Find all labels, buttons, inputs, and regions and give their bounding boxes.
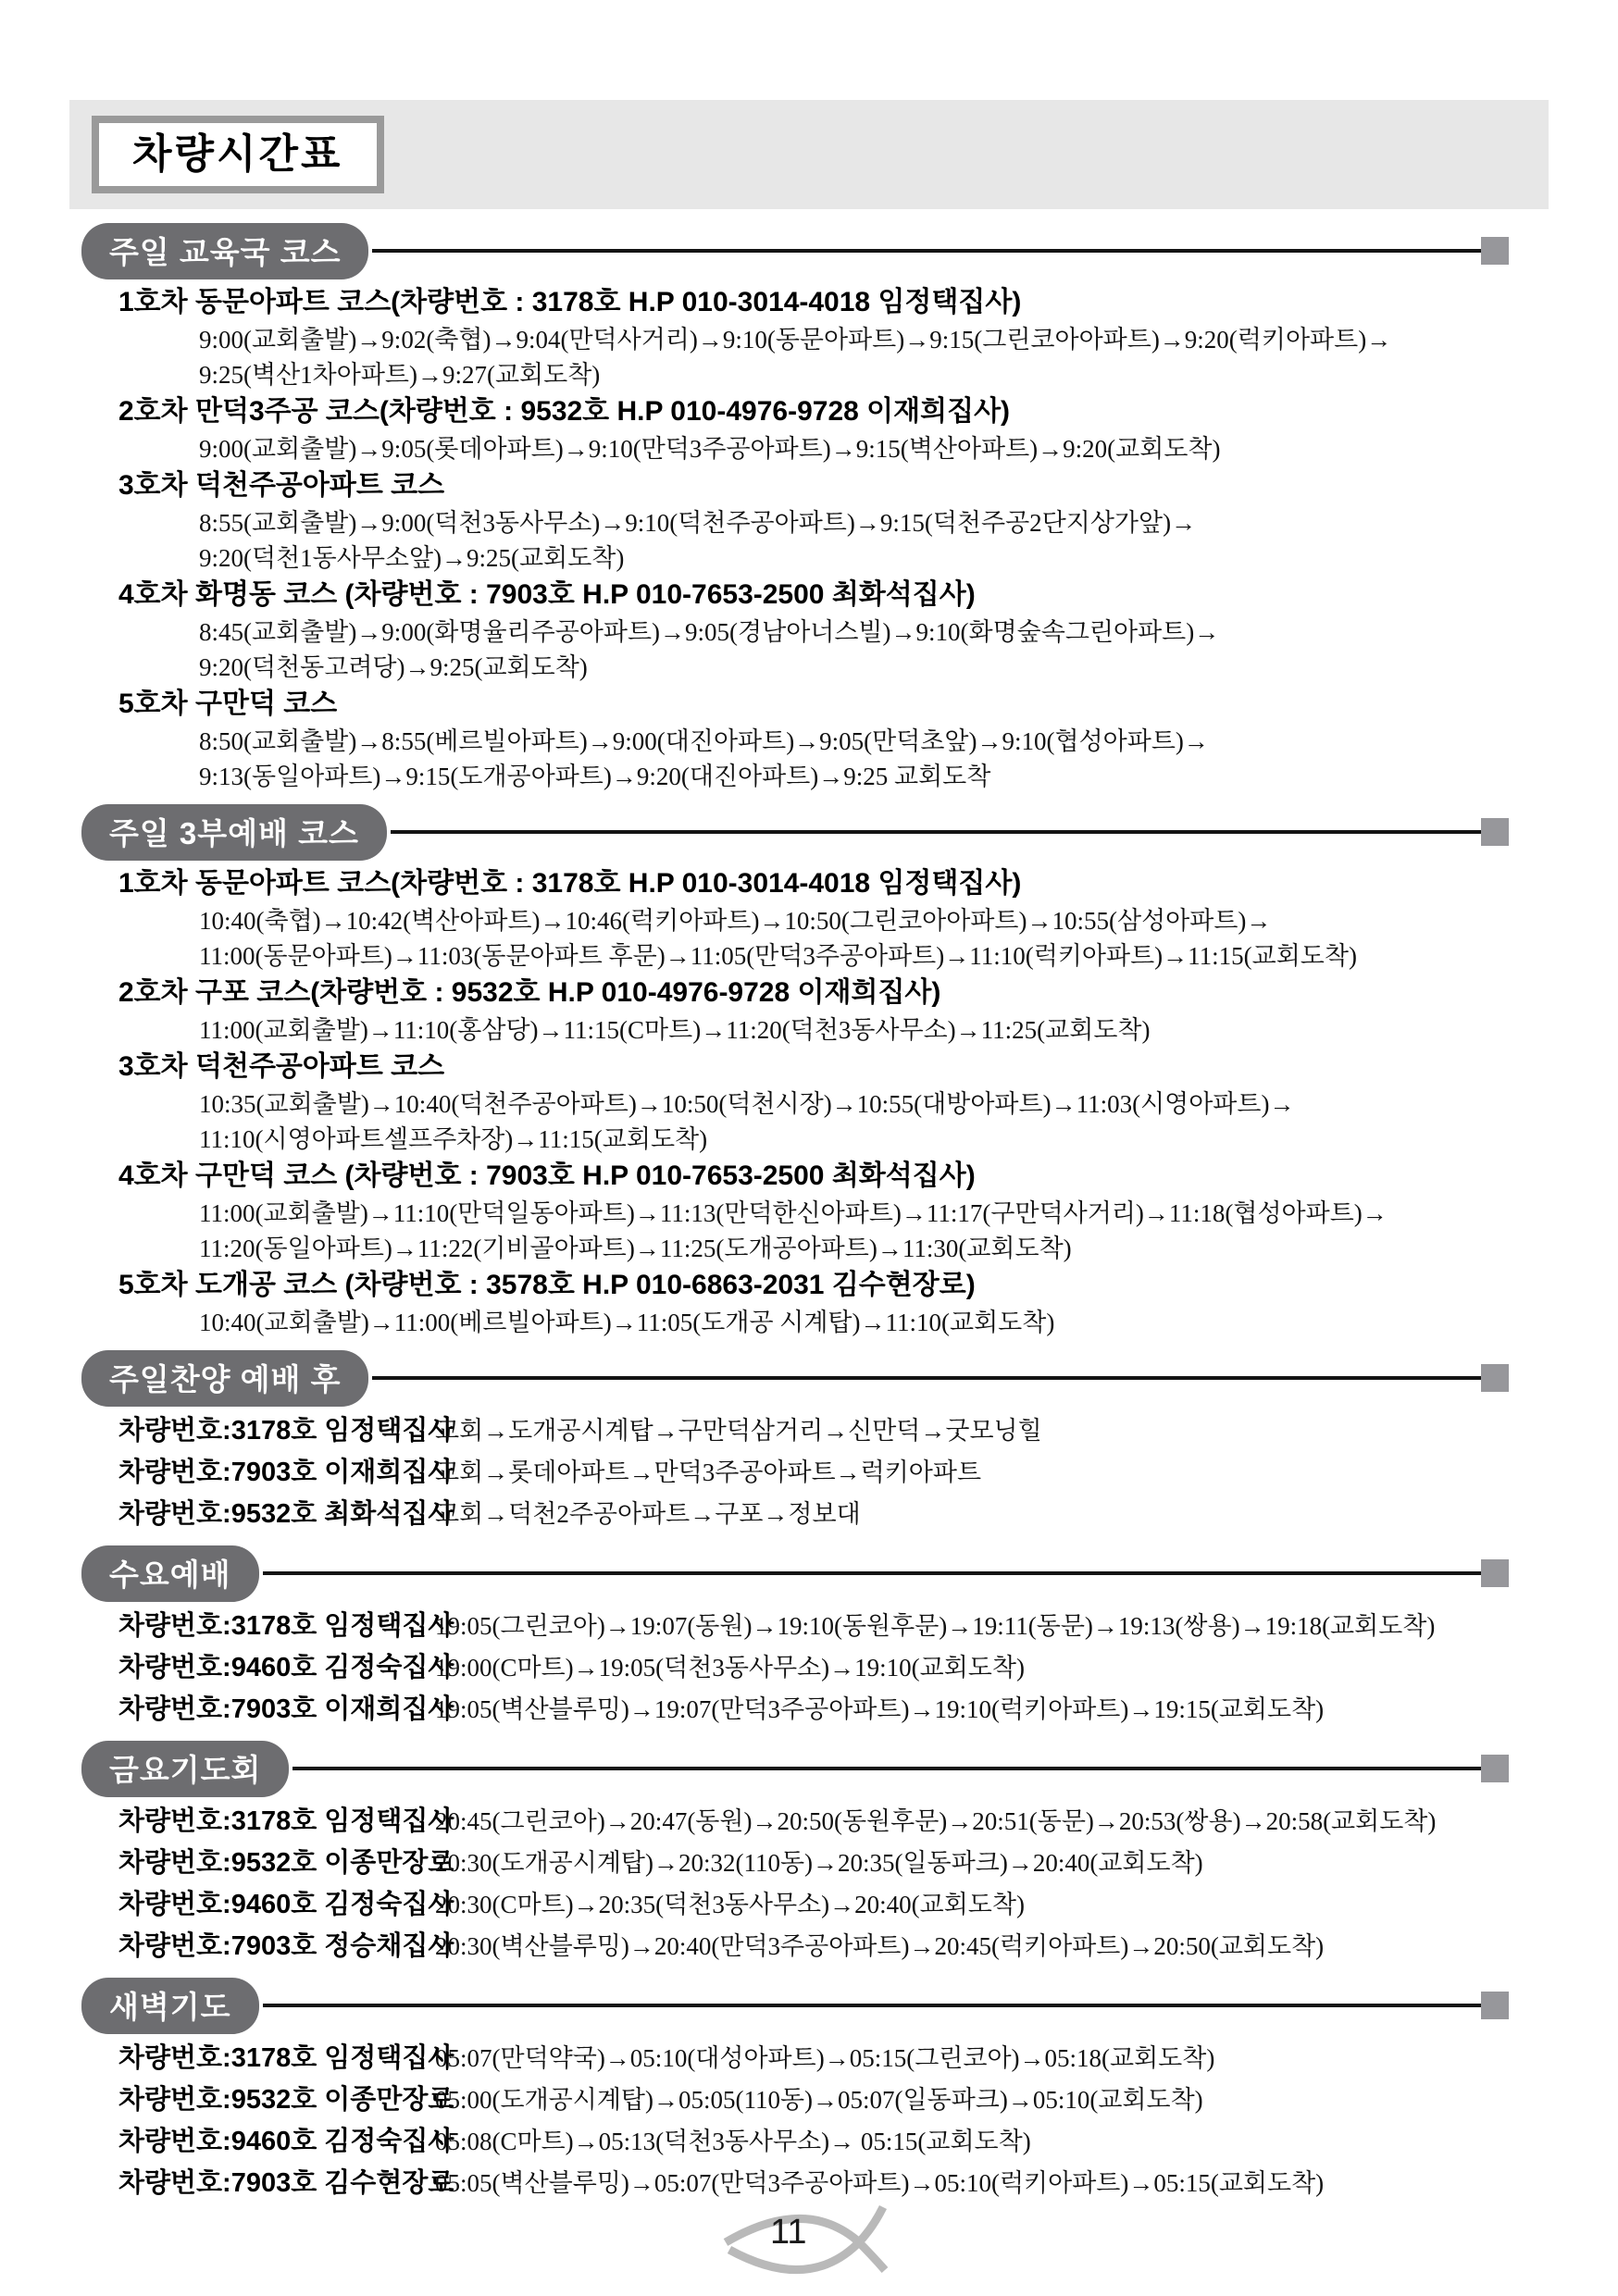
vehicle-label: 차량번호:9460호 김정숙집사 <box>81 2121 435 2163</box>
route-line: 11:20(동일아파트)→11:22(기비골아파트)→11:25(도개공아파트)… <box>81 1231 1537 1266</box>
vehicle-row: 차량번호:9532호 이종만장로 05:00(도개공시계탑)→05:05(110… <box>81 2079 1537 2121</box>
course-title: 3호차 덕천주공아파트 코스 <box>81 466 1537 505</box>
section-header: 수요예배 <box>81 1546 1537 1600</box>
section-header: 주일 3부예배 코스 <box>81 805 1537 859</box>
route-line: 11:00(교회출발)→11:10(홍삼당)→11:15(C마트)→11:20(… <box>81 1012 1537 1048</box>
section-heading-pill: 주일 3부예배 코스 <box>81 804 387 861</box>
vehicle-row: 차량번호:7903호 이재희집사 19:05(벽산블루밍)→19:07(만덕3주… <box>81 1689 1537 1731</box>
section-header: 주일 교육국 코스 <box>81 224 1537 278</box>
route-line: 11:00(교회출발)→11:10(만덕일동아파트)→11:13(만덕한신아파트… <box>81 1196 1537 1231</box>
course-title: 4호차 구만덕 코스 (차량번호 : 7903호 H.P 010-7653-25… <box>81 1157 1537 1196</box>
vehicle-row: 차량번호:9532호 이종만장로 20:30(도개공시계탑)→20:32(110… <box>81 1843 1537 1884</box>
page-title: 차량시간표 <box>132 131 343 177</box>
course-block: 2호차 구포 코스(차량번호 : 9532호 H.P 010-4976-9728… <box>81 974 1537 1048</box>
course-block: 5호차 구만덕 코스 8:50(교회출발)→8:55(베르빌아파트)→9:00(… <box>81 685 1537 794</box>
section-end-square <box>1481 1364 1509 1392</box>
route-line: 11:00(동문아파트)→11:03(동문아파트 후문)→11:05(만덕3주공… <box>81 938 1537 974</box>
vehicle-row: 차량번호:3178호 임정택집사 19:05(그린코아)→19:07(동원)→1… <box>81 1606 1537 1647</box>
vehicle-label: 차량번호:3178호 임정택집사 <box>81 1410 435 1452</box>
section-end-square <box>1481 237 1509 265</box>
section-friday-prayer-meeting: 금요기도회 차량번호:3178호 임정택집사 20:45(그린코아)→20:47… <box>81 1742 1537 1967</box>
route-line: 9:00(교회출발)→9:05(롯데아파트)→9:10(만덕3주공아파트)→9:… <box>81 431 1537 466</box>
section-after-sunday-praise-service: 주일찬양 예배 후 차량번호:3178호 임정택집사 교회→도개공시계탑→구만덕… <box>81 1351 1537 1535</box>
section-header: 금요기도회 <box>81 1742 1537 1795</box>
vehicle-route: 20:30(벽산블루밍)→20:40(만덕3주공아파트)→20:45(럭키아파트… <box>435 1926 1537 1967</box>
document-page: 차량시간표 주일 교육국 코스 1호차 동문아파트 코스(차량번호 : 3178… <box>0 0 1618 2296</box>
vehicle-row: 차량번호:9460호 김정숙집사 05:08(C마트)→05:13(덕천3동사무… <box>81 2121 1537 2163</box>
section-end-square <box>1481 1992 1509 2019</box>
section-wednesday-service: 수요예배 차량번호:3178호 임정택집사 19:05(그린코아)→19:07(… <box>81 1546 1537 1731</box>
vehicle-row: 차량번호:3178호 임정택집사 20:45(그린코아)→20:47(동원)→2… <box>81 1801 1537 1843</box>
vehicle-label: 차량번호:9460호 김정숙집사 <box>81 1884 435 1926</box>
route-line: 9:25(벽산1차아파트)→9:27(교회도착) <box>81 357 1537 392</box>
vehicle-route: 20:45(그린코아)→20:47(동원)→20:50(동원후문)→20:51(… <box>435 1801 1537 1843</box>
course-block: 4호차 구만덕 코스 (차량번호 : 7903호 H.P 010-7653-25… <box>81 1157 1537 1266</box>
section-heading-pill: 새벽기도 <box>81 1978 259 2034</box>
course-title: 4호차 화명동 코스 (차량번호 : 7903호 H.P 010-7653-25… <box>81 576 1537 614</box>
route-line: 10:35(교회출발)→10:40(덕천주공아파트)→10:50(덕천시장)→1… <box>81 1086 1537 1122</box>
vehicle-label: 차량번호:3178호 임정택집사 <box>81 1801 435 1843</box>
route-line: 8:55(교회출발)→9:00(덕천3동사무소)→9:10(덕천주공아파트)→9… <box>81 505 1537 540</box>
page-footer: 11 <box>0 2196 1618 2281</box>
course-title: 5호차 구만덕 코스 <box>81 685 1537 724</box>
vehicle-row: 차량번호:7903호 정승채집사 20:30(벽산블루밍)→20:40(만덕3주… <box>81 1926 1537 1967</box>
vehicle-route: 05:07(만덕약국)→05:10(대성아파트)→05:15(그린코아)→05:… <box>435 2038 1537 2079</box>
section-header: 새벽기도 <box>81 1979 1537 2032</box>
route-line: 10:40(교회출발)→11:00(베르빌아파트)→11:05(도개공 시계탑)… <box>81 1305 1537 1340</box>
section-dawn-prayer: 새벽기도 차량번호:3178호 임정택집사 05:07(만덕약국)→05:10(… <box>81 1979 1537 2204</box>
route-line: 9:00(교회출발)→9:02(축협)→9:04(만덕사거리)→9:10(동문아… <box>81 322 1537 357</box>
route-line: 11:10(시영아파트셀프주차장)→11:15(교회도착) <box>81 1122 1537 1157</box>
vehicle-route: 19:00(C마트)→19:05(덕천3동사무소)→19:10(교회도착) <box>435 1647 1537 1689</box>
page-number: 11 <box>770 2213 806 2253</box>
vehicle-label: 차량번호:7903호 이재희집사 <box>81 1689 435 1731</box>
vehicle-route: 교회→롯데아파트→만덕3주공아파트→럭키아파트 <box>435 1452 1537 1494</box>
route-line: 9:13(동일아파트)→9:15(도개공아파트)→9:20(대진아파트)→9:2… <box>81 759 1537 794</box>
vehicle-row: 차량번호:3178호 임정택집사 05:07(만덕약국)→05:10(대성아파트… <box>81 2038 1537 2079</box>
course-title: 1호차 동문아파트 코스(차량번호 : 3178호 H.P 010-3014-4… <box>81 283 1537 322</box>
section-heading-pill: 주일찬양 예배 후 <box>81 1350 368 1407</box>
course-title: 2호차 만덕3주공 코스(차량번호 : 9532호 H.P 010-4976-9… <box>81 392 1537 431</box>
section-end-square <box>1481 1755 1509 1782</box>
vehicle-route: 교회→도개공시계탑→구만덕삼거리→신만덕→굿모닝힐 <box>435 1410 1537 1452</box>
vehicle-route: 교회→덕천2주공아파트→구포→정보대 <box>435 1494 1537 1535</box>
route-line: 9:20(덕천동고려당)→9:25(교회도착) <box>81 650 1537 685</box>
vehicle-label: 차량번호:3178호 임정택집사 <box>81 1606 435 1647</box>
vehicle-route: 05:08(C마트)→05:13(덕천3동사무소)→ 05:15(교회도착) <box>435 2121 1537 2163</box>
course-block: 4호차 화명동 코스 (차량번호 : 7903호 H.P 010-7653-25… <box>81 576 1537 685</box>
vehicle-row: 차량번호:9460호 김정숙집사 20:30(C마트)→20:35(덕천3동사무… <box>81 1884 1537 1926</box>
fish-icon: 11 <box>716 2196 902 2281</box>
vehicle-label: 차량번호:9460호 김정숙집사 <box>81 1647 435 1689</box>
course-block: 2호차 만덕3주공 코스(차량번호 : 9532호 H.P 010-4976-9… <box>81 392 1537 466</box>
vehicle-route: 20:30(도개공시계탑)→20:32(110동)→20:35(일동파크)→20… <box>435 1843 1537 1884</box>
vehicle-route: 20:30(C마트)→20:35(덕천3동사무소)→20:40(교회도착) <box>435 1884 1537 1926</box>
route-line: 8:50(교회출발)→8:55(베르빌아파트)→9:00(대진아파트)→9:05… <box>81 724 1537 759</box>
course-title: 3호차 덕천주공아파트 코스 <box>81 1048 1537 1086</box>
section-sunday-3rd-service-course: 주일 3부예배 코스 1호차 동문아파트 코스(차량번호 : 3178호 H.P… <box>81 805 1537 1340</box>
course-block: 5호차 도개공 코스 (차량번호 : 3578호 H.P 010-6863-20… <box>81 1266 1537 1340</box>
section-rule-line <box>263 1571 1481 1575</box>
vehicle-label: 차량번호:9532호 이종만장로 <box>81 2079 435 2121</box>
course-title: 5호차 도개공 코스 (차량번호 : 3578호 H.P 010-6863-20… <box>81 1266 1537 1305</box>
course-title: 2호차 구포 코스(차량번호 : 9532호 H.P 010-4976-9728… <box>81 974 1537 1012</box>
course-block: 1호차 동문아파트 코스(차량번호 : 3178호 H.P 010-3014-4… <box>81 864 1537 974</box>
section-rule-line <box>372 1376 1481 1380</box>
vehicle-row: 차량번호:9532호 최화석집사 교회→덕천2주공아파트→구포→정보대 <box>81 1494 1537 1535</box>
vehicle-route: 05:00(도개공시계탑)→05:05(110동)→05:07(일동파크)→05… <box>435 2079 1537 2121</box>
section-end-square <box>1481 818 1509 846</box>
course-block: 3호차 덕천주공아파트 코스 10:35(교회출발)→10:40(덕천주공아파트… <box>81 1048 1537 1157</box>
vehicle-route: 19:05(벽산블루밍)→19:07(만덕3주공아파트)→19:10(럭키아파트… <box>435 1689 1537 1731</box>
vehicle-row: 차량번호:9460호 김정숙집사 19:00(C마트)→19:05(덕천3동사무… <box>81 1647 1537 1689</box>
page-title-box: 차량시간표 <box>92 116 384 194</box>
section-heading-pill: 금요기도회 <box>81 1741 289 1797</box>
section-header: 주일찬양 예배 후 <box>81 1351 1537 1405</box>
section-rule-line <box>292 1767 1481 1770</box>
vehicle-label: 차량번호:9532호 최화석집사 <box>81 1494 435 1535</box>
course-block: 1호차 동문아파트 코스(차량번호 : 3178호 H.P 010-3014-4… <box>81 283 1537 392</box>
course-block: 3호차 덕천주공아파트 코스 8:55(교회출발)→9:00(덕천3동사무소)→… <box>81 466 1537 576</box>
route-line: 8:45(교회출발)→9:00(화명율리주공아파트)→9:05(경남아너스빌)→… <box>81 614 1537 650</box>
section-rule-line <box>372 249 1481 253</box>
section-heading-pill: 주일 교육국 코스 <box>81 223 368 279</box>
section-rule-line <box>263 2004 1481 2007</box>
route-line: 9:20(덕천1동사무소앞)→9:25(교회도착) <box>81 540 1537 576</box>
vehicle-label: 차량번호:9532호 이종만장로 <box>81 1843 435 1884</box>
vehicle-label: 차량번호:7903호 정승채집사 <box>81 1926 435 1967</box>
section-sunday-education-course: 주일 교육국 코스 1호차 동문아파트 코스(차량번호 : 3178호 H.P … <box>81 224 1537 794</box>
vehicle-route: 19:05(그린코아)→19:07(동원)→19:10(동원후문)→19:11(… <box>435 1606 1537 1647</box>
vehicle-row: 차량번호:7903호 이재희집사 교회→롯데아파트→만덕3주공아파트→럭키아파트 <box>81 1452 1537 1494</box>
vehicle-row: 차량번호:3178호 임정택집사 교회→도개공시계탑→구만덕삼거리→신만덕→굿모… <box>81 1410 1537 1452</box>
section-rule-line <box>391 830 1481 834</box>
section-end-square <box>1481 1559 1509 1587</box>
title-band: 차량시간표 <box>69 100 1549 209</box>
vehicle-label: 차량번호:3178호 임정택집사 <box>81 2038 435 2079</box>
course-title: 1호차 동문아파트 코스(차량번호 : 3178호 H.P 010-3014-4… <box>81 864 1537 903</box>
vehicle-label: 차량번호:7903호 이재희집사 <box>81 1452 435 1494</box>
route-line: 10:40(축협)→10:42(벽산아파트)→10:46(럭키아파트)→10:5… <box>81 903 1537 938</box>
section-heading-pill: 수요예배 <box>81 1545 259 1602</box>
